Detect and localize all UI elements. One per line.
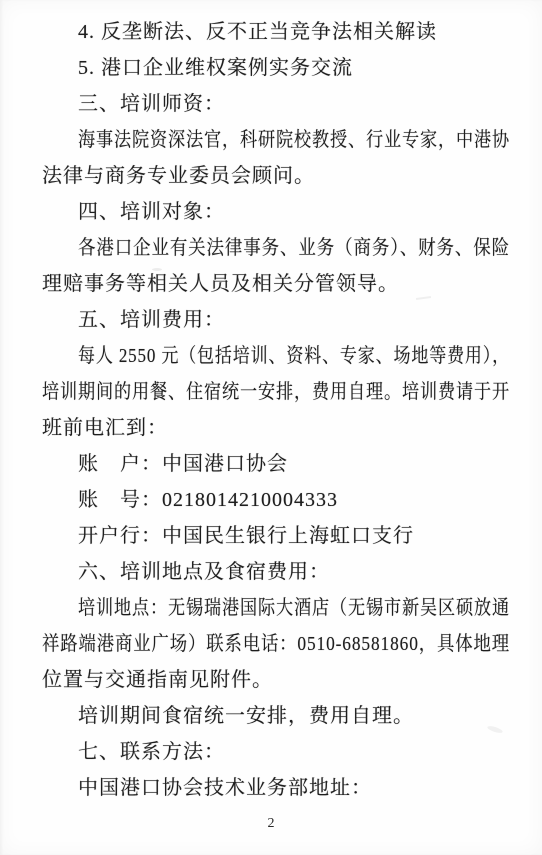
text-line-content: 4. 反垄断法、反不正当竞争法相关解读 — [78, 14, 437, 50]
text-line-content: 海事法院资深法官，科研院校教授、行业专家，中港协 — [78, 122, 510, 158]
text-line-content: 六、培训地点及食宿费用： — [78, 554, 330, 590]
text-line-content: 中国港口协会技术业务部地址： — [78, 770, 372, 806]
text-line: 账 号：0218014210004333 — [42, 482, 510, 518]
page-number: 2 — [0, 816, 542, 832]
text-line: 每人 2550 元（包括培训、资料、专家、场地等费用）， — [42, 338, 510, 374]
text-line: 四、培训对象： — [42, 194, 510, 230]
text-line-content: 5. 港口企业维权案例实务交流 — [78, 50, 353, 86]
text-line: 各港口企业有关法律事务、业务（商务）、财务、保险 — [42, 230, 510, 266]
text-line: 海事法院资深法官，科研院校教授、行业专家，中港协 — [42, 122, 510, 158]
text-line-content: 培训期间食宿统一安排，费用自理。 — [78, 698, 414, 734]
text-line: 祥路端港商业广场）联系电话：0510-68581860，具体地理 — [42, 626, 510, 662]
text-line: 账 户：中国港口协会 — [42, 446, 510, 482]
text-line-content: 七、联系方法： — [78, 734, 225, 770]
text-line-content: 五、培训费用： — [78, 302, 225, 338]
text-line: 培训期间的用餐、住宿统一安排，费用自理。培训费请于开 — [42, 374, 510, 410]
text-line-content: 培训地点：无锡瑞港国际大酒店（无锡市新吴区硕放通 — [78, 590, 510, 626]
text-line-content: 理赔事务等相关人员及相关分管领导。 — [42, 266, 399, 302]
text-line-content: 账 户：中国港口协会 — [78, 446, 288, 482]
text-line: 理赔事务等相关人员及相关分管领导。 — [42, 266, 510, 302]
text-line: 培训地点：无锡瑞港国际大酒店（无锡市新吴区硕放通 — [42, 590, 510, 626]
text-line: 六、培训地点及食宿费用： — [42, 554, 510, 590]
text-line: 培训期间食宿统一安排，费用自理。 — [42, 698, 510, 734]
text-line-content: 法律与商务专业委员会顾问。 — [42, 158, 315, 194]
text-line: 开户行：中国民生银行上海虹口支行 — [42, 518, 510, 554]
text-line: 位置与交通指南见附件。 — [42, 662, 510, 698]
text-line: 法律与商务专业委员会顾问。 — [42, 158, 510, 194]
document-body: 4. 反垄断法、反不正当竞争法相关解读5. 港口企业维权案例实务交流三、培训师资… — [0, 0, 542, 855]
text-line: 七、联系方法： — [42, 734, 510, 770]
text-line-content: 每人 2550 元（包括培训、资料、专家、场地等费用）， — [78, 338, 510, 374]
text-line-content: 四、培训对象： — [78, 194, 225, 230]
text-line: 4. 反垄断法、反不正当竞争法相关解读 — [42, 14, 510, 50]
text-line-content: 三、培训师资： — [78, 86, 225, 122]
text-line: 三、培训师资： — [42, 86, 510, 122]
text-line-content: 祥路端港商业广场）联系电话：0510-68581860，具体地理 — [42, 626, 510, 662]
text-line: 五、培训费用： — [42, 302, 510, 338]
text-line-content: 培训期间的用餐、住宿统一安排，费用自理。培训费请于开 — [42, 374, 510, 410]
text-line-content: 班前电汇到： — [42, 410, 168, 446]
text-line: 中国港口协会技术业务部地址： — [42, 770, 510, 806]
text-line: 班前电汇到： — [42, 410, 510, 446]
document-page: 4. 反垄断法、反不正当竞争法相关解读5. 港口企业维权案例实务交流三、培训师资… — [0, 0, 542, 855]
text-line-content: 账 号：0218014210004333 — [78, 482, 338, 518]
text-line: 5. 港口企业维权案例实务交流 — [42, 50, 510, 86]
text-line-content: 各港口企业有关法律事务、业务（商务）、财务、保险 — [78, 230, 510, 266]
text-line-content: 开户行：中国民生银行上海虹口支行 — [78, 518, 414, 554]
text-line-content: 位置与交通指南见附件。 — [42, 662, 273, 698]
